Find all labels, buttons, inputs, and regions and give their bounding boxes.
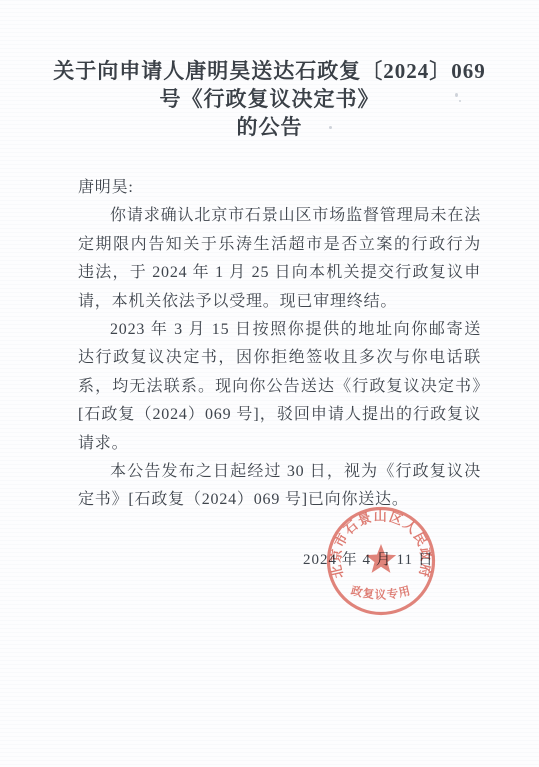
- scan-speckle: [329, 126, 332, 129]
- notice-title-line-3: 的公告: [0, 113, 539, 141]
- paragraph-2: 2023 年 3 月 15 日按照你提供的地址向你邮寄送达行政复议决定书，因你拒…: [78, 316, 481, 458]
- document-page: 关于向申请人唐明昊送达石政复〔2024〕069 号《行政复议决定书》 的公告 唐…: [0, 0, 539, 767]
- notice-title-line-1: 关于向申请人唐明昊送达石政复〔2024〕069: [0, 57, 539, 85]
- notice-title: 关于向申请人唐明昊送达石政复〔2024〕069 号《行政复议决定书》 的公告: [0, 0, 539, 141]
- scan-speckle: [455, 93, 458, 97]
- official-seal: 北京市石景山区人民政府 行政复议专用章: [319, 499, 443, 623]
- salutation: 唐明昊:: [78, 174, 481, 202]
- paragraph-1: 你请求确认北京市石景山区市场监督管理局未在法定期限内告知关于乐涛生活超市是否立案…: [78, 202, 481, 316]
- scan-speckle: [459, 100, 461, 102]
- star-icon: [366, 544, 396, 573]
- notice-body: 唐明昊: 你请求确认北京市石景山区市场监督管理局未在法定期限内告知关于乐涛生活超…: [78, 174, 481, 515]
- notice-title-line-2: 号《行政复议决定书》: [0, 85, 539, 113]
